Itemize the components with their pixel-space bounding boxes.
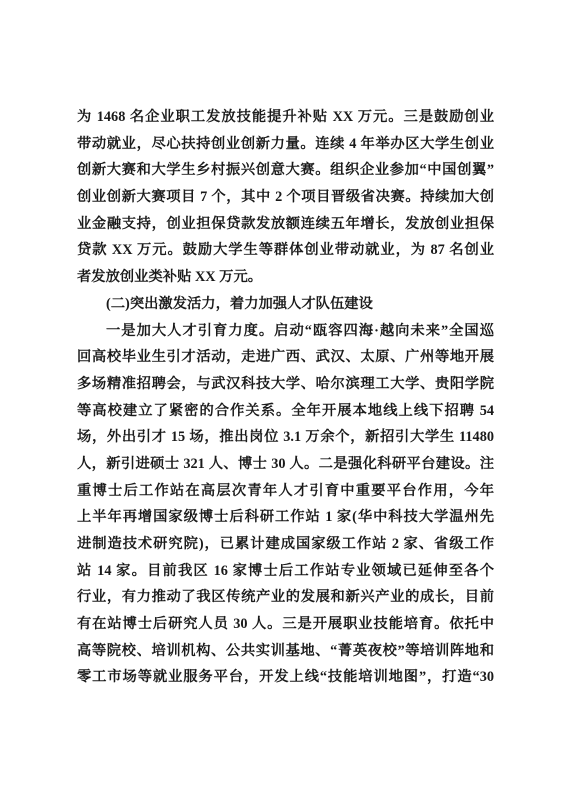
text-line: 重博士后工作站在高层次青年人才引育中重要平台作用，今年 xyxy=(77,478,494,505)
text-line: 多场精准招聘会，与武汉科技大学、哈尔滨理工大学、贵阳学院 xyxy=(77,371,494,398)
document-body: 为 1468 名企业职工发放技能提升补贴 XX 万元。三是鼓励创业 带动就业，尽… xyxy=(77,104,494,691)
document-page: 为 1468 名企业职工发放技能提升补贴 XX 万元。三是鼓励创业 带动就业，尽… xyxy=(0,0,570,807)
text-line: 行业，有力推动了我区传统产业的发展和新兴产业的成长，目前 xyxy=(77,584,494,611)
text-line: 创业创新大赛项目 7 个，其中 2 个项目晋级省决赛。持续加大创 xyxy=(77,184,494,211)
paragraph-talent-recruitment: 一是加大人才引育力度。启动“瓯容四海·越向未来”全国巡 回高校毕业生引才活动，走… xyxy=(77,318,494,692)
text-line: 站 14 家。目前我区 16 家博士后工作站专业领域已延伸至各个 xyxy=(77,558,494,585)
text-line: 回高校毕业生引才活动，走进广西、武汉、太原、广州等地开展 xyxy=(77,344,494,371)
text-line: 上半年再增国家级博士后科研工作站 1 家(华中科技大学温州先 xyxy=(77,504,494,531)
section-heading-text: (二)突出激发活力，着力加强人才队伍建设 xyxy=(77,291,494,318)
text-line: 者发放创业类补贴 XX 万元。 xyxy=(77,264,494,291)
text-line: 创新大赛和大学生乡村振兴创意大赛。组织企业参加“中国创翼” xyxy=(77,157,494,184)
text-line: 业金融支持，创业担保贷款发放额连续五年增长，发放创业担保 xyxy=(77,211,494,238)
text-line: 零工市场等就业服务平台，开发上线“技能培训地图”，打造“30 xyxy=(77,664,494,691)
text-line: 为 1468 名企业职工发放技能提升补贴 XX 万元。三是鼓励创业 xyxy=(77,104,494,131)
paragraph-entrepreneurship: 为 1468 名企业职工发放技能提升补贴 XX 万元。三是鼓励创业 带动就业，尽… xyxy=(77,104,494,291)
text-line: 带动就业，尽心扶持创业创新力量。连续 4 年举办区大学生创业 xyxy=(77,131,494,158)
text-line: 进制造技术研究院)，已累计建成国家级工作站 2 家、省级工作 xyxy=(77,531,494,558)
text-line: 贷款 XX 万元。鼓励大学生等群体创业带动就业，为 87 名创业 xyxy=(77,237,494,264)
text-line: 高等院校、培训机构、公共实训基地、“菁英夜校”等培训阵地和 xyxy=(77,638,494,665)
text-line: 一是加大人才引育力度。启动“瓯容四海·越向未来”全国巡 xyxy=(77,318,494,345)
text-line: 有在站博士后研究人员 30 人。三是开展职业技能培育。依托中 xyxy=(77,611,494,638)
text-line: 等高校建立了紧密的合作关系。全年开展本地线上线下招聘 54 xyxy=(77,398,494,425)
text-line: 人，新引进硕士 321 人、博士 30 人。二是强化科研平台建设。注 xyxy=(77,451,494,478)
section-heading: (二)突出激发活力，着力加强人才队伍建设 xyxy=(77,291,494,318)
text-line: 场，外出引才 15 场，推出岗位 3.1 万余个，新招引大学生 11480 xyxy=(77,424,494,451)
